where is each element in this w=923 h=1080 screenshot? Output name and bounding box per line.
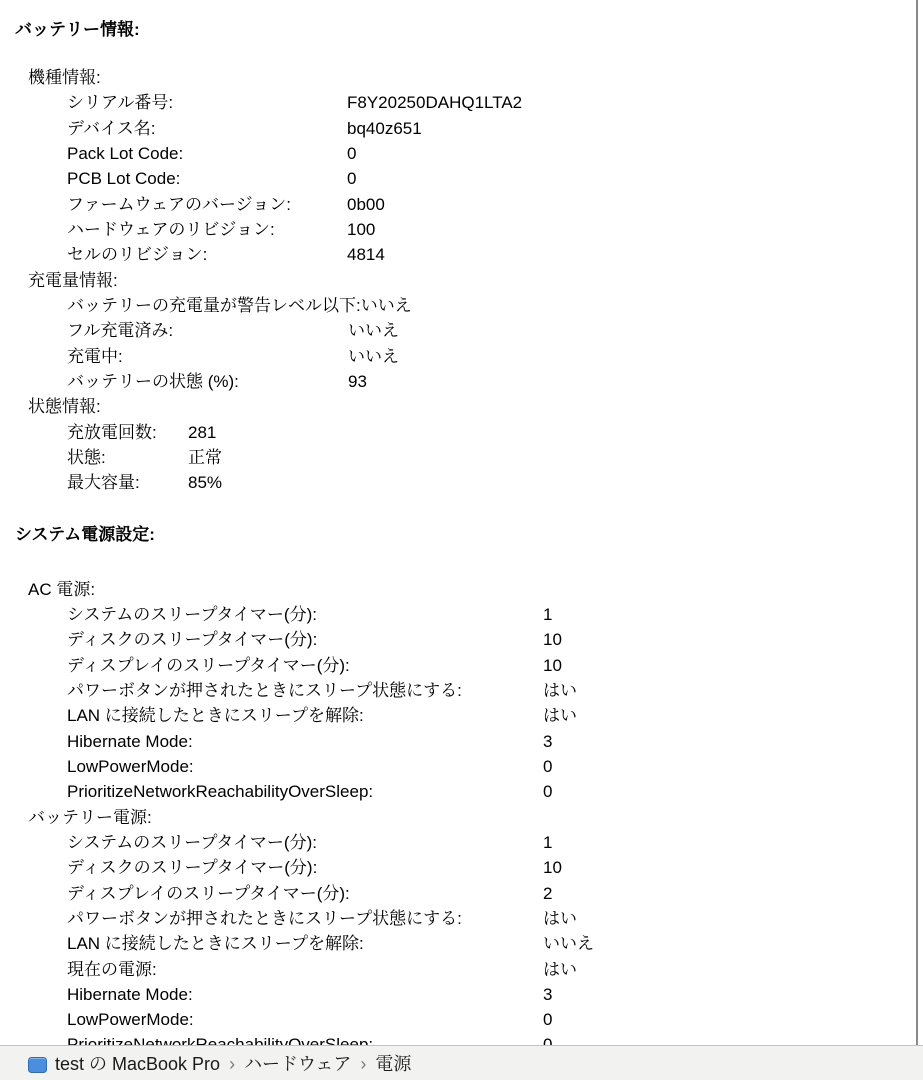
- group-title: 充電量情報:: [28, 268, 923, 293]
- info-row: システムのスリープタイマー(分):1: [67, 830, 923, 855]
- info-row: パワーボタンが押されたときにスリープ状態にする:はい: [67, 678, 923, 703]
- row-value: 正常: [188, 445, 222, 470]
- row-value: 10: [543, 627, 562, 652]
- row-label: Hibernate Mode:: [67, 729, 543, 754]
- row-value: bq40z651: [347, 116, 422, 141]
- info-row: 最大容量:85%: [67, 470, 923, 495]
- row-label: Pack Lot Code:: [67, 141, 347, 166]
- info-row: 充放電回数:281: [67, 420, 923, 445]
- section-title: バッテリー情報:: [15, 17, 923, 43]
- row-label: PCB Lot Code:: [67, 166, 347, 191]
- row-label: バッテリーの充電量が警告レベル以下:: [67, 293, 361, 318]
- info-row: バッテリーの充電量が警告レベル以下:いいえ: [67, 293, 923, 318]
- row-label: ハードウェアのリビジョン:: [67, 217, 347, 242]
- row-value: 93: [348, 369, 367, 394]
- row-value: いいえ: [348, 318, 399, 343]
- row-value: 0: [347, 141, 356, 166]
- row-value: 4814: [347, 242, 385, 267]
- row-label: 充電中:: [67, 344, 348, 369]
- info-row: PCB Lot Code:0: [67, 166, 923, 191]
- row-value: はい: [543, 957, 577, 982]
- info-row: Hibernate Mode:3: [67, 729, 923, 754]
- row-label: Hibernate Mode:: [67, 982, 543, 1007]
- info-row: 状態:正常: [67, 445, 923, 470]
- path-item-hardware: ハードウェア: [244, 1054, 351, 1075]
- info-row: システムのスリープタイマー(分):1: [67, 602, 923, 627]
- row-value: 0: [347, 166, 356, 191]
- row-value: 0: [543, 779, 552, 804]
- row-value: 10: [543, 653, 562, 678]
- info-row: PrioritizeNetworkReachabilityOverSleep:0: [67, 779, 923, 804]
- row-label: シリアル番号:: [67, 90, 347, 115]
- info-row: 現在の電源:はい: [67, 957, 923, 982]
- info-row: シリアル番号:F8Y20250DAHQ1LTA2: [67, 90, 923, 115]
- row-value: 2: [543, 881, 552, 906]
- info-row: LowPowerMode:0: [67, 754, 923, 779]
- row-label: 最大容量:: [67, 470, 188, 495]
- path-item-power: 電源: [375, 1054, 411, 1075]
- group-title: バッテリー電源:: [28, 805, 923, 830]
- row-value: はい: [543, 906, 577, 931]
- power-report-pane[interactable]: バッテリー情報:機種情報:シリアル番号:F8Y20250DAHQ1LTA2デバイ…: [0, 0, 923, 1058]
- row-label: システムのスリープタイマー(分):: [67, 830, 543, 855]
- info-row: バッテリーの状態 (%):93: [67, 369, 923, 394]
- row-value: いいえ: [361, 293, 412, 318]
- row-value: 0: [543, 1007, 552, 1032]
- row-value: 0b00: [347, 192, 385, 217]
- info-row: ディスクのスリープタイマー(分):10: [67, 855, 923, 880]
- row-value: 1: [543, 830, 552, 855]
- selection-path-bar: test の MacBook Pro › ハードウェア › 電源: [0, 1045, 923, 1080]
- info-row: Hibernate Mode:3: [67, 982, 923, 1007]
- row-label: ディスプレイのスリープタイマー(分):: [67, 881, 543, 906]
- row-label: ファームウェアのバージョン:: [67, 192, 347, 217]
- row-value: 1: [543, 602, 552, 627]
- group-title: 状態情報:: [28, 394, 923, 419]
- info-row: ファームウェアのバージョン:0b00: [67, 192, 923, 217]
- row-label: LAN に接続したときにスリープを解除:: [67, 931, 543, 956]
- row-value: 281: [188, 420, 216, 445]
- info-row: ハードウェアのリビジョン:100: [67, 217, 923, 242]
- info-row: ディスクのスリープタイマー(分):10: [67, 627, 923, 652]
- row-value: はい: [543, 678, 577, 703]
- info-row: ディスプレイのスリープタイマー(分):10: [67, 653, 923, 678]
- info-row: パワーボタンが押されたときにスリープ状態にする:はい: [67, 906, 923, 931]
- info-row: セルのリビジョン:4814: [67, 242, 923, 267]
- row-value: 3: [543, 729, 552, 754]
- pane-right-border: [916, 0, 918, 1080]
- row-label: LowPowerMode:: [67, 1007, 543, 1032]
- row-label: 現在の電源:: [67, 957, 543, 982]
- row-value: F8Y20250DAHQ1LTA2: [347, 90, 522, 115]
- row-label: デバイス名:: [67, 116, 347, 141]
- row-label: ディスクのスリープタイマー(分):: [67, 627, 543, 652]
- row-value: はい: [543, 703, 577, 728]
- macbook-icon: [28, 1057, 47, 1073]
- info-row: LAN に接続したときにスリープを解除:はい: [67, 703, 923, 728]
- group-title: 機種情報:: [28, 65, 923, 90]
- row-label: システムのスリープタイマー(分):: [67, 602, 543, 627]
- row-label: フル充電済み:: [67, 318, 348, 343]
- row-value: 10: [543, 855, 562, 880]
- row-label: セルのリビジョン:: [67, 242, 347, 267]
- info-row: LAN に接続したときにスリープを解除:いいえ: [67, 931, 923, 956]
- row-value: 0: [543, 754, 552, 779]
- row-label: ディスプレイのスリープタイマー(分):: [67, 653, 543, 678]
- row-label: 充放電回数:: [67, 420, 188, 445]
- info-row: ディスプレイのスリープタイマー(分):2: [67, 881, 923, 906]
- row-label: パワーボタンが押されたときにスリープ状態にする:: [67, 906, 543, 931]
- info-row: 充電中:いいえ: [67, 344, 923, 369]
- path-item-computer: test の MacBook Pro: [55, 1054, 220, 1075]
- info-row: LowPowerMode:0: [67, 1007, 923, 1032]
- row-value: 100: [347, 217, 375, 242]
- row-value: 3: [543, 982, 552, 1007]
- row-label: バッテリーの状態 (%):: [67, 369, 348, 394]
- row-value: いいえ: [543, 931, 594, 956]
- row-label: PrioritizeNetworkReachabilityOverSleep:: [67, 779, 543, 804]
- row-label: ディスクのスリープタイマー(分):: [67, 855, 543, 880]
- info-row: デバイス名:bq40z651: [67, 116, 923, 141]
- row-label: LAN に接続したときにスリープを解除:: [67, 703, 543, 728]
- row-label: パワーボタンが押されたときにスリープ状態にする:: [67, 678, 543, 703]
- info-row: Pack Lot Code:0: [67, 141, 923, 166]
- section-title: システム電源設定:: [15, 522, 923, 548]
- row-label: LowPowerMode:: [67, 754, 543, 779]
- row-value: いいえ: [348, 344, 399, 369]
- row-value: 85%: [188, 470, 222, 495]
- path-separator-icon: ›: [229, 1054, 235, 1075]
- group-title: AC 電源:: [28, 577, 923, 602]
- row-label: 状態:: [67, 445, 188, 470]
- path-separator-icon: ›: [360, 1054, 366, 1075]
- info-row: フル充電済み:いいえ: [67, 318, 923, 343]
